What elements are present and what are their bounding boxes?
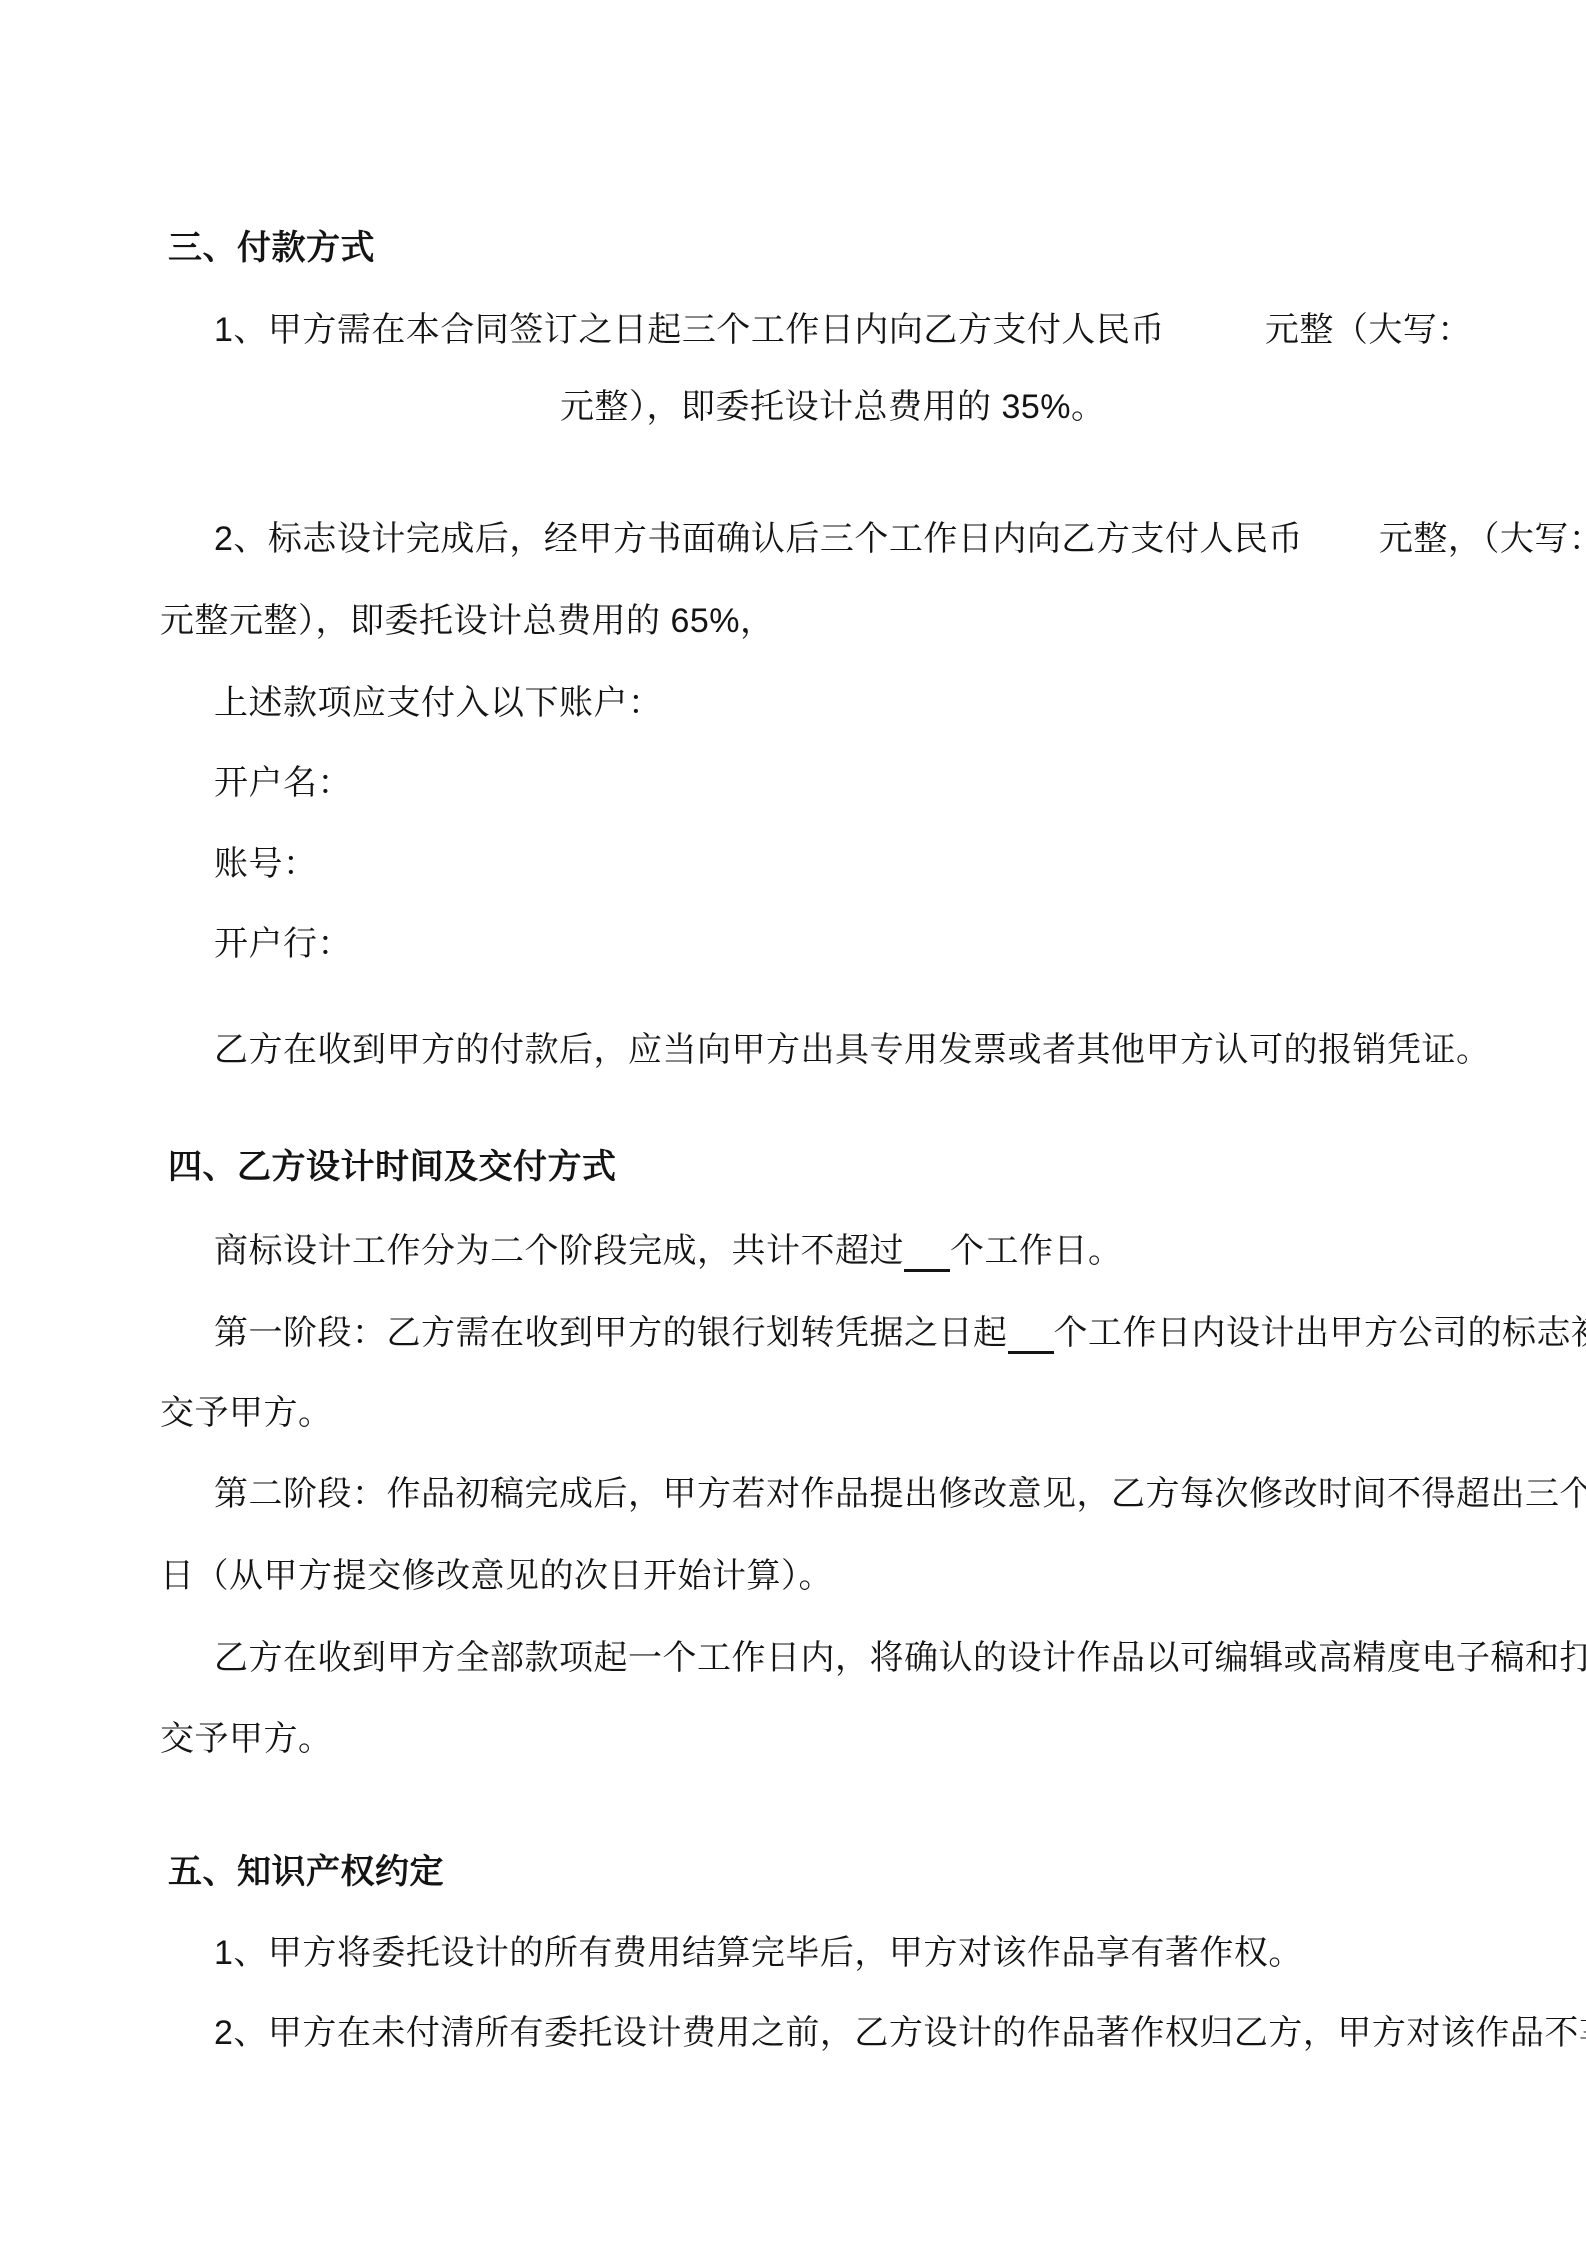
section-payment-heading: 三、付款方式: [168, 228, 375, 268]
payment-term-1-post: 元整（大写：: [1265, 311, 1472, 349]
ip-item-2: 2、甲方在未付清所有委托设计费用之前，乙方设计的作品著作权归乙方，甲方对该作品不…: [214, 2013, 1586, 2053]
delivery-overview-post: 个工作日。: [950, 1232, 1123, 1270]
final-delivery-line-2: 交予甲方。: [160, 1719, 333, 1759]
days-blank: [1008, 1311, 1054, 1354]
payment-term-1-pre: 1、甲方需在本合同签订之日起三个工作日内向乙方支付人民币: [214, 311, 1165, 349]
payment-term-2-line-1: 2、标志设计完成后，经甲方书面确认后三个工作日内向乙方支付人民币元整，（大写：: [214, 519, 1586, 559]
section-ip-heading: 五、知识产权约定: [168, 1852, 444, 1892]
days-blank: [904, 1229, 950, 1272]
delivery-overview: 商标设计工作分为二个阶段完成，共计不超过个工作日。: [214, 1229, 1123, 1272]
stage-1-line-2: 交予甲方。: [160, 1393, 333, 1433]
section-delivery-heading: 四、乙方设计时间及交付方式: [168, 1147, 617, 1187]
contract-page: 三、付款方式 1、甲方需在本合同签订之日起三个工作日内向乙方支付人民币元整（大写…: [0, 0, 1586, 2244]
payment-term-2-post: 元整，（大写：: [1379, 520, 1586, 558]
stage-1-line-1: 第一阶段：乙方需在收到甲方的银行划转凭据之日起个工作日内设计出甲方公司的标志初稿…: [214, 1311, 1586, 1354]
payment-term-2-pre: 2、标志设计完成后，经甲方书面确认后三个工作日内向乙方支付人民币: [214, 520, 1303, 558]
stage-2-line-1: 第二阶段：作品初稿完成后，甲方若对作品提出修改意见，乙方每次修改时间不得超出三个…: [214, 1474, 1586, 1514]
account-number-label: 账号：: [214, 844, 318, 884]
stage-1-pre: 第一阶段：乙方需在收到甲方的银行划转凭据之日起: [214, 1314, 1008, 1352]
bank-label: 开户行：: [214, 924, 352, 964]
ip-item-1: 1、甲方将委托设计的所有费用结算完毕后，甲方对该作品享有著作权。: [214, 1933, 1303, 1973]
final-delivery-line-1: 乙方在收到甲方全部款项起一个工作日内，将确认的设计作品以可编辑或高精度电子稿和打…: [214, 1638, 1586, 1678]
invoice-note: 乙方在收到甲方的付款后，应当向甲方出具专用发票或者其他甲方认可的报销凭证。: [214, 1030, 1491, 1070]
account-name-label: 开户名：: [214, 763, 352, 803]
stage-1-post: 个工作日内设计出甲方公司的标志初稿，: [1054, 1314, 1586, 1352]
delivery-overview-pre: 商标设计工作分为二个阶段完成，共计不超过: [214, 1232, 904, 1270]
payment-term-2-line-2: 元整元整），即委托设计总费用的 65%，: [160, 601, 775, 641]
payment-term-1-line-1: 1、甲方需在本合同签订之日起三个工作日内向乙方支付人民币元整（大写：: [214, 310, 1472, 350]
payment-term-1-line-2: 元整），即委托设计总费用的 35%。: [560, 387, 1106, 427]
account-intro: 上述款项应支付入以下账户：: [214, 683, 663, 723]
stage-2-line-2: 日（从甲方提交修改意见的次日开始计算）。: [160, 1556, 833, 1596]
